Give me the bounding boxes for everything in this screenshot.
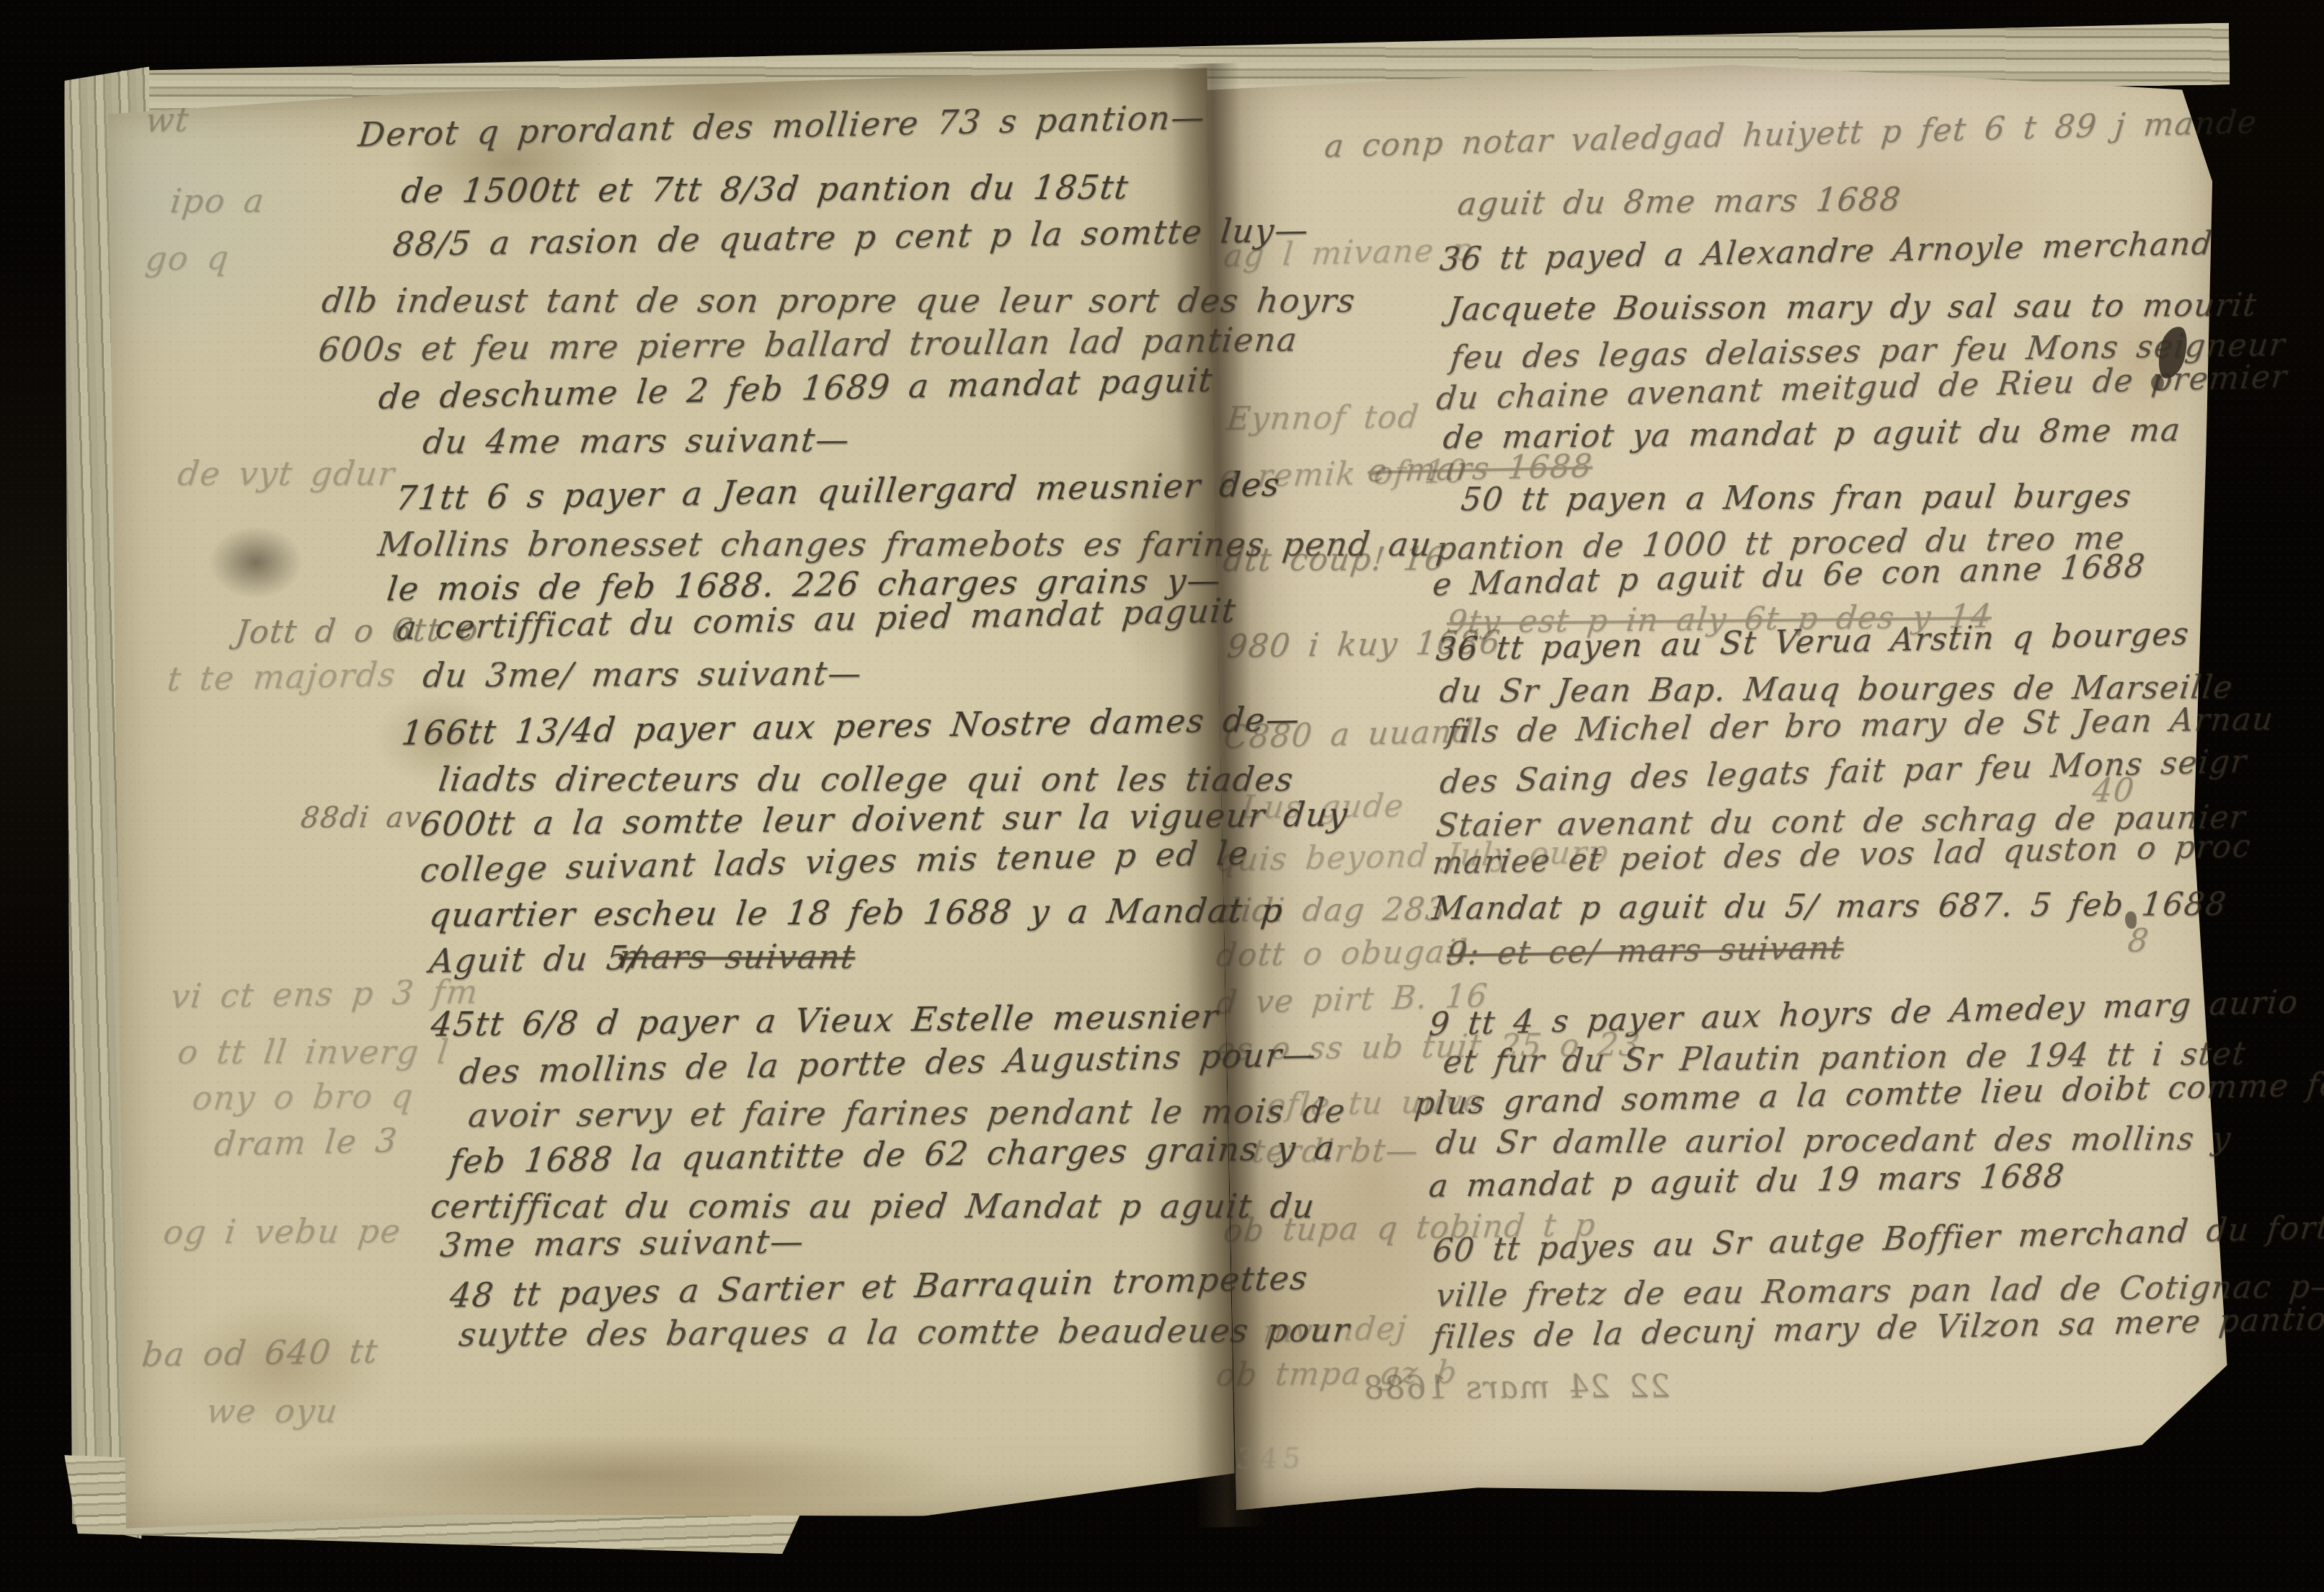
bleedthrough-ghost-text: didi dag 283 bbox=[1218, 891, 1449, 929]
manuscript-line: dlb indeust tant de son propre que leur … bbox=[319, 281, 1357, 320]
manuscript-photo: Derot q prordant des molliere 73 s panti… bbox=[0, 0, 2324, 1592]
bleedthrough-ghost-text: ag l mivane p bbox=[1222, 231, 1475, 275]
manuscript-line: certifficat du comis au pied Mandat p ag… bbox=[428, 1187, 1317, 1226]
manuscript-line: avoir servy et faire farines pendant le … bbox=[466, 1092, 1349, 1135]
bleedthrough-ghost-text: ob tmpa gz b bbox=[1214, 1354, 1460, 1394]
paper-stain bbox=[274, 1435, 959, 1514]
bleedthrough-ghost-text: d ve pirt B. 16 bbox=[1215, 978, 1490, 1022]
manuscript-line: liadts directeurs du college qui ont les… bbox=[436, 760, 1296, 799]
bleedthrough-ghost-text: 88di av bbox=[299, 801, 424, 835]
folio-number: 345 bbox=[1235, 1443, 1308, 1475]
manuscript-line: du 4me mars suivant— bbox=[421, 420, 852, 461]
manuscript-line: Jacquete Bouisson mary dy sal sau to mou… bbox=[1446, 287, 2259, 328]
paper-stain bbox=[209, 526, 303, 598]
manuscript-line: du Sr damlle auriol procedant des mollin… bbox=[1434, 1120, 2233, 1162]
manuscript-line: de 1500tt et 7tt 8/3d pantion du 185tt bbox=[399, 168, 1132, 211]
manuscript-line: 3me mars suivant— bbox=[438, 1222, 807, 1265]
bleedthrough-ghost-text: wt bbox=[144, 100, 192, 140]
bleedthrough-ghost-text: ob tupa q tobind t p bbox=[1222, 1207, 1598, 1250]
bleedthrough-ghost-text: go q bbox=[143, 238, 231, 278]
manuscript-line: Mandat p aguit du 5/ mars 687. 5 feb 168… bbox=[1430, 886, 2229, 927]
bleedthrough-ghost-text: Eynnof tod bbox=[1225, 399, 1421, 438]
manuscript-line: quartier escheu le 18 feb 1688 y a Manda… bbox=[427, 891, 1286, 934]
bleedthrough-ghost-text: terdirbt— bbox=[1250, 1133, 1421, 1170]
manuscript-line: suytte des barques a la comtte beaudeues… bbox=[457, 1311, 1352, 1355]
bleedthrough-ghost-text: 8 bbox=[2126, 923, 2151, 960]
bleedthrough-ghost-text: de vyt gdur bbox=[175, 454, 397, 493]
bleedthrough-ghost-text: og i vebu pe bbox=[161, 1211, 404, 1252]
bleedthrough-ghost-text: Jott d o 6tt o bbox=[234, 611, 481, 651]
bleedthrough-ghost-text: 40 bbox=[2090, 772, 2137, 810]
bleedthrough-ghost-text: 980 i kuy 1686 bbox=[1225, 624, 1503, 665]
bleedthrough-ghost-text: e remik of 10 bbox=[1218, 454, 1469, 495]
bleedthrough-ghost-text: ba od 640 tt bbox=[140, 1332, 380, 1374]
bleedthrough-ghost-text: ony o bro q bbox=[190, 1076, 416, 1118]
manuscript-line: 9: et ce/ mars suivant bbox=[1445, 929, 1846, 973]
manuscript-line: 50 tt payen a Mons fran paul burges bbox=[1459, 478, 2134, 518]
bleedthrough-ghost-text: dtt coup! 16 bbox=[1221, 541, 1448, 579]
manuscript-line: 45tt 6/8 d payer a Vieux Estelle meusnie… bbox=[429, 997, 1220, 1045]
bleedthrough-ghost-text: dott o obugail bbox=[1215, 934, 1470, 975]
bleedthrough-ghost-text: t te majords bbox=[166, 655, 399, 699]
bleedthrough-ghost-text: dram le 3 bbox=[213, 1121, 400, 1164]
bleedthrough-ghost-text: vi ct ens p 3 fm bbox=[169, 972, 481, 1016]
bleedthrough-ghost-text: Lus gude bbox=[1239, 788, 1406, 826]
bleedthrough-ghost-text: es o ss ub tuit 25 o 23 bbox=[1214, 1027, 1642, 1068]
bleedthrough-ghost-text: ipo a bbox=[169, 181, 267, 221]
manuscript-line: du 3me/ mars suivant— bbox=[421, 654, 864, 695]
bleedthrough-ghost-text: we oyu bbox=[204, 1392, 340, 1430]
bleedthrough-ghost-text: C880 a uuand bbox=[1222, 713, 1476, 756]
bleedthrough-ghost-text: o tt ll inverg l bbox=[175, 1032, 451, 1071]
manuscript-line: aguit du 8me mars 1688 bbox=[1455, 182, 1903, 224]
manuscript-line: mars suivant bbox=[616, 937, 857, 976]
bleedthrough-ghost-text: mvandej bbox=[1261, 1310, 1409, 1350]
bleedthrough-ghost-text: efle tu uuve bbox=[1265, 1083, 1485, 1124]
